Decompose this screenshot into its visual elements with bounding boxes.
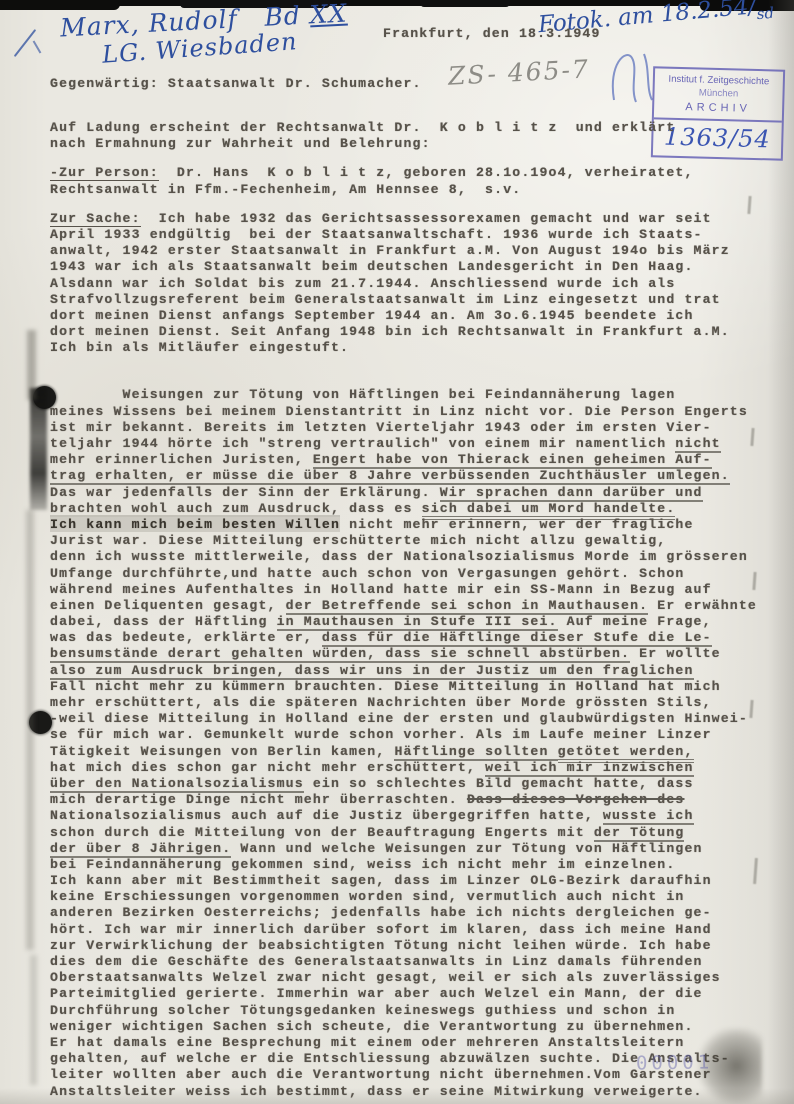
typed-line: bei Feindannäherung gekommen sind, weiss… bbox=[50, 857, 764, 873]
typed-segment: Engert habe von Thierack einen geheimen … bbox=[313, 452, 712, 469]
typed-segment: Strafvollzugsreferent beim Generalstaats… bbox=[50, 292, 721, 307]
typed-segment: keine Erschiessungen vorgenommen worden … bbox=[50, 889, 684, 904]
pen-check-mark bbox=[33, 40, 42, 53]
typed-segment: was das bedeute, erklärte er, bbox=[50, 630, 322, 645]
typed-segment: leiter wollten aber auch die Verantwortu… bbox=[50, 1067, 712, 1082]
typed-segment: Umfange durchführte,und hatte auch schon… bbox=[50, 566, 684, 581]
pen-check-mark bbox=[14, 29, 37, 57]
typed-segment: Wir sprachen dann darüber und bbox=[440, 485, 703, 502]
document-scan-page: Marx, Rudolf Bd XX LG. Wiesbaden Fotok. … bbox=[0, 0, 794, 1104]
typed-segment: Dr. Hans K o b l i t z, geboren 28.1o.19… bbox=[159, 165, 694, 180]
typed-line: mehr erinnerlichen Juristen, Engert habe… bbox=[50, 452, 764, 468]
typed-segment: hört. Ich war mir innerlich darüber sofo… bbox=[50, 922, 712, 937]
typed-segment: in Mauthausen in Stufe III sei. bbox=[277, 614, 558, 631]
typed-line: hört. Ich war mir innerlich darüber sofo… bbox=[50, 922, 764, 938]
typed-segment: Durchführung solcher Tötungsgedanken kei… bbox=[50, 1003, 675, 1018]
typed-segment: über den Nationalsozialismus bbox=[50, 776, 304, 793]
typed-line: Ich kann mich beim besten Willen nicht m… bbox=[50, 517, 764, 533]
typed-line: Fall nicht mehr zu kümmern brauchten. Di… bbox=[50, 679, 764, 695]
typed-segment: Dass dieses Vorgehen des bbox=[467, 792, 685, 807]
typed-segment: Tätigkeit Weisungen von Berlin kamen, bbox=[50, 744, 394, 759]
paragraph: Auf Ladung erscheint der Rechtsanwalt Dr… bbox=[50, 120, 764, 152]
typed-segment: zur Verwirklichung der beabsichtigten Tö… bbox=[50, 938, 712, 953]
pencil-smudge-left bbox=[27, 330, 36, 400]
present-line: Gegenwärtig: Staatsanwalt Dr. Schumacher… bbox=[50, 76, 422, 91]
typed-line: Zur Sache: Ich habe 1932 das Gerichtsass… bbox=[50, 211, 764, 227]
scan-edge-blob bbox=[420, 0, 510, 7]
typed-line: Strafvollzugsreferent beim Generalstaats… bbox=[50, 292, 764, 308]
typed-segment: Jurist war. Diese Mitteilung erschüttert… bbox=[50, 533, 666, 548]
typed-line: ist mir bekannt. Bereits im letzten Vier… bbox=[50, 420, 764, 436]
typed-segment: dies dem die Geschäfte des Generalstaats… bbox=[50, 954, 703, 969]
stamp-institute-line: Institut f. Zeitgeschichte bbox=[655, 68, 783, 87]
typed-line: dies dem die Geschäfte des Generalstaats… bbox=[50, 954, 764, 970]
typed-segment: Zur Sache: bbox=[50, 211, 141, 227]
ink-smudge-left bbox=[30, 388, 47, 510]
typed-segment: ein so schlechtes Bild gemacht hatte, da… bbox=[304, 776, 694, 791]
typed-segment: hat mich dies schon gar nicht mehr ersch… bbox=[50, 760, 485, 775]
typed-line: anwalt, 1942 erster Staatsanwalt in Fran… bbox=[50, 243, 764, 259]
typed-segment: Nationalsozialismus auch auf die Justiz … bbox=[50, 808, 603, 823]
hole-punch bbox=[29, 711, 52, 734]
typed-segment: bei Feindannäherung gekommen sind, weiss… bbox=[50, 857, 675, 872]
paragraph: -Zur Person: Dr. Hans K o b l i t z, geb… bbox=[50, 165, 764, 197]
typed-segment: Ich bin als Mitläufer eingestuft. bbox=[50, 340, 349, 355]
typed-segment: Das war jedenfalls der Sinn der Erklärun… bbox=[50, 485, 440, 500]
typed-segment: anderen Bezirken Oesterreichs; jedenfall… bbox=[50, 905, 712, 920]
typed-line: Das war jedenfalls der Sinn der Erklärun… bbox=[50, 485, 764, 501]
typed-segment: Rechtsanwalt in Ffm.-Fechenheim, Am Henn… bbox=[50, 182, 521, 197]
pencil-smudge-left bbox=[26, 510, 34, 950]
typed-line: hat mich dies schon gar nicht mehr ersch… bbox=[50, 760, 764, 776]
paper-shadow-right bbox=[768, 0, 794, 1104]
pencil-reference-number: ZS- 465-7 bbox=[447, 54, 590, 90]
typed-line: Oberstaatsanwalts Welzel zwar nicht gesa… bbox=[50, 970, 764, 986]
typed-segment: Auf meine Frage, bbox=[558, 614, 712, 629]
typed-line: Tätigkeit Weisungen von Berlin kamen, Hä… bbox=[50, 744, 764, 760]
typed-line: Jurist war. Diese Mitteilung erschüttert… bbox=[50, 533, 764, 549]
typed-segment: Ich kann mich beim besten Willen bbox=[50, 517, 340, 532]
annotation-volume-number: XX bbox=[309, 0, 348, 29]
date-line: Frankfurt, den 18.3.1949 bbox=[383, 26, 601, 41]
typed-line: Parteimitglied gerierte. Immerhin war ab… bbox=[50, 986, 764, 1002]
typed-segment: nach Ermahnung zur Wahrheit und Belehrun… bbox=[50, 136, 431, 151]
typed-line: Auf Ladung erscheint der Rechtsanwalt Dr… bbox=[50, 120, 764, 136]
typed-segment: Parteimitglied gerierte. Immerhin war ab… bbox=[50, 986, 703, 1001]
typed-segment: schon durch die Mitteilung von der Beauf… bbox=[50, 825, 594, 840]
typed-segment: denn ich wusste mittlerweile, dass der N… bbox=[50, 549, 748, 564]
typed-segment: weniger wichtigen Sachen sich scheute, d… bbox=[50, 1019, 694, 1034]
typed-segment: bensumstände derart gehalten würden, das… bbox=[50, 646, 630, 663]
typed-line: also zum Ausdruck bringen, dass wir uns … bbox=[50, 663, 764, 679]
typed-segment: Er erwähnte bbox=[648, 598, 757, 613]
typed-line: Weisungen zur Tötung von Häftlingen bei … bbox=[50, 387, 764, 403]
typed-line: Umfange durchführte,und hatte auch schon… bbox=[50, 566, 764, 582]
typed-line: denn ich wusste mittlerweile, dass der N… bbox=[50, 549, 764, 565]
typed-line: Rechtsanwalt in Ffm.-Fechenheim, Am Henn… bbox=[50, 182, 764, 198]
typed-segment: 1943 war ich als Staatsanwalt beim deuts… bbox=[50, 259, 694, 274]
typed-line: weniger wichtigen Sachen sich scheute, d… bbox=[50, 1019, 764, 1035]
paragraph: Weisungen zur Tötung von Häftlingen bei … bbox=[50, 387, 764, 1099]
typed-segment: dort meinen Dienst anfangs September 194… bbox=[50, 308, 694, 323]
typed-line: anderen Bezirken Oesterreichs; jedenfall… bbox=[50, 905, 764, 921]
scan-edge-top-left bbox=[0, 0, 120, 10]
typed-segment: ist mir bekannt. Bereits im letzten Vier… bbox=[50, 420, 712, 435]
typed-segment: also zum Ausdruck bringen, dass wir uns … bbox=[50, 663, 694, 680]
typed-line: teljahr 1944 hörte ich "streng vertrauli… bbox=[50, 436, 764, 452]
typed-line: schon durch die Mitteilung von der Beauf… bbox=[50, 825, 764, 841]
typed-line: mich derartige Dinge nicht mehr überrasc… bbox=[50, 792, 764, 808]
typed-line: zur Verwirklichung der beabsichtigten Tö… bbox=[50, 938, 764, 954]
typed-segment: nicht mehr erinnern, wer der fragliche bbox=[340, 517, 694, 532]
typed-segment: -weil diese Mitteilung in Holland eine d… bbox=[50, 711, 748, 726]
typed-segment: der Betreffende sei schon in Mauthausen. bbox=[286, 598, 649, 615]
typed-segment: wusste ich bbox=[603, 808, 694, 825]
typed-segment: trag erhalten, er müsse die über 8 Jahre… bbox=[50, 468, 730, 485]
typed-segment: Er wollte bbox=[630, 646, 721, 661]
typed-line: während meines Aufenthaltes in Holland h… bbox=[50, 582, 764, 598]
typed-segment: Häftlinge sollten bbox=[394, 744, 557, 761]
typed-segment: der Tötung bbox=[594, 825, 685, 842]
typed-segment: Oberstaatsanwalts Welzel zwar nicht gesa… bbox=[50, 970, 721, 985]
typed-segment: dass für die Häftlinge dieser Stufe die … bbox=[322, 630, 712, 647]
typed-segment: Ich kann aber mit Bestimmtheit sagen, da… bbox=[50, 873, 712, 888]
typed-segment: der über 8 Jährigen. bbox=[50, 841, 231, 858]
typed-line: Alsdann war ich Soldat bis zum 21.7.1944… bbox=[50, 276, 764, 292]
typed-line: einen Deliquenten gesagt, der Betreffend… bbox=[50, 598, 764, 614]
typed-segment: einen Deliquenten gesagt, bbox=[50, 598, 286, 613]
typed-line: Durchführung solcher Tötungsgedanken kei… bbox=[50, 1003, 764, 1019]
typed-line: bensumstände derart gehalten würden, das… bbox=[50, 646, 764, 662]
pencil-smudge-left bbox=[30, 955, 37, 1085]
typed-segment: nicht bbox=[675, 436, 720, 453]
typed-segment: dort meinen Dienst. Seit Anfang 1948 bin… bbox=[50, 324, 730, 339]
statement-text: Auf Ladung erscheint der Rechtsanwalt Dr… bbox=[50, 120, 764, 1100]
typed-line: trag erhalten, er müsse die über 8 Jahre… bbox=[50, 468, 764, 484]
typed-line: über den Nationalsozialismus ein so schl… bbox=[50, 776, 764, 792]
typed-line: dort meinen Dienst anfangs September 194… bbox=[50, 308, 764, 324]
typed-line: Anstaltsleiter weiss ich bestimmt, dass … bbox=[50, 1084, 764, 1100]
typed-segment: April 1933 endgültig bei der Staatsanwal… bbox=[50, 227, 703, 242]
typed-segment: Alsdann war ich Soldat bis zum 21.7.1944… bbox=[50, 276, 675, 291]
typed-segment: -Zur Person: bbox=[50, 165, 159, 181]
typed-segment: Er hat damals eine Besprechung mit einem… bbox=[50, 1035, 684, 1050]
typed-segment: brachten wohl auch zum Ausdruck, dass es bbox=[50, 501, 422, 516]
typed-line: dort meinen Dienst. Seit Anfang 1948 bin… bbox=[50, 324, 764, 340]
typed-segment: dabei, dass der Häftling bbox=[50, 614, 277, 629]
typed-segment: weil ich mir inzwischen bbox=[485, 760, 693, 777]
typed-line: Er hat damals eine Besprechung mit einem… bbox=[50, 1035, 764, 1051]
typed-segment: mich derartige Dinge nicht mehr überrasc… bbox=[50, 792, 467, 807]
typed-segment: während meines Aufenthaltes in Holland h… bbox=[50, 582, 712, 597]
typed-segment: mehr erinnerlichen Juristen, bbox=[50, 452, 313, 467]
typed-line: Nationalsozialismus auch auf die Justiz … bbox=[50, 808, 764, 824]
typed-line: dabei, dass der Häftling in Mauthausen i… bbox=[50, 614, 764, 630]
typed-line: -Zur Person: Dr. Hans K o b l i t z, geb… bbox=[50, 165, 764, 181]
paragraph: Zur Sache: Ich habe 1932 das Gerichtsass… bbox=[50, 211, 764, 357]
typed-line: was das bedeute, erklärte er, dass für d… bbox=[50, 630, 764, 646]
typed-segment: teljahr 1944 hörte ich "streng vertrauli… bbox=[50, 436, 675, 451]
typed-segment: Weisungen zur Tötung von Häftlingen bei … bbox=[50, 387, 675, 402]
faint-page-number-stamp: 00001 bbox=[636, 1051, 714, 1074]
typed-line: brachten wohl auch zum Ausdruck, dass es… bbox=[50, 501, 764, 517]
typed-line: Ich kann aber mit Bestimmtheit sagen, da… bbox=[50, 873, 764, 889]
typed-line: 1943 war ich als Staatsanwalt beim deuts… bbox=[50, 259, 764, 275]
typed-segment: anwalt, 1942 erster Staatsanwalt in Fran… bbox=[50, 243, 730, 258]
typed-line: se für mich war. Gemunkelt wurde schon v… bbox=[50, 727, 764, 743]
typed-line: meines Wissens bei meinem Dienstantritt … bbox=[50, 404, 764, 420]
typed-line: der über 8 Jährigen. Wann und welche Wei… bbox=[50, 841, 764, 857]
typed-line: mehr erschüttert, als die späteren Nachr… bbox=[50, 695, 764, 711]
typed-segment: Ich habe 1932 das Gerichtsassessorexamen… bbox=[141, 211, 712, 226]
typed-segment: Wann und welche Weisungen zur Tötung von… bbox=[231, 841, 702, 856]
typed-line: keine Erschiessungen vorgenommen worden … bbox=[50, 889, 764, 905]
typed-segment: Auf Ladung erscheint der Rechtsanwalt Dr… bbox=[50, 120, 675, 135]
typed-line: -weil diese Mitteilung in Holland eine d… bbox=[50, 711, 764, 727]
typed-segment: Anstaltsleiter weiss ich bestimmt, dass … bbox=[50, 1084, 703, 1099]
typed-segment: meines Wissens bei meinem Dienstantritt … bbox=[50, 404, 748, 419]
typed-line: Ich bin als Mitläufer eingestuft. bbox=[50, 340, 764, 356]
typed-segment: mehr erschüttert, als die späteren Nachr… bbox=[50, 695, 712, 710]
typed-line: nach Ermahnung zur Wahrheit und Belehrun… bbox=[50, 136, 764, 152]
typed-line: April 1933 endgültig bei der Staatsanwal… bbox=[50, 227, 764, 243]
typed-segment: Fall nicht mehr zu kümmern brauchten. Di… bbox=[50, 679, 721, 694]
photocopy-note-initials: sd bbox=[756, 4, 775, 23]
typed-segment: gehalten, auf welche er die Entschliessu… bbox=[50, 1051, 730, 1066]
typed-segment: se für mich war. Gemunkelt wurde schon v… bbox=[50, 727, 712, 742]
